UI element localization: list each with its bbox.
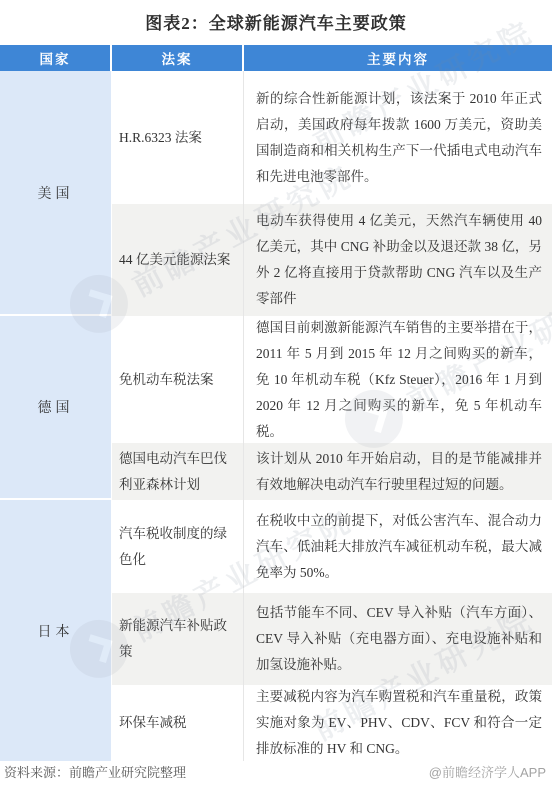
report-figure-page: 图表2：全球新能源汽车主要政策 国家 法案 主要内容 美国H.R.6323 法案… [0, 0, 552, 792]
content-cell: 包括节能车不同、CEV 导入补贴（汽车方面）、CEV 导入补贴（充电器方面）、充… [244, 593, 552, 685]
act-cell: H.R.6323 法案 [112, 71, 244, 204]
page-title: 图表2：全球新能源汽车主要政策 [0, 9, 552, 34]
content-text: 在税收中立的前提下，对低公害汽车、混合动力汽车、低油耗大排放汽车减征机动车税，最… [256, 508, 542, 586]
act-cell: 德国电动汽车巴伐利亚森林计划 [112, 443, 244, 500]
content-text: 电动车获得使用 4 亿美元，天然汽车辆使用 40 亿美元，其中 CNG 补助金以… [256, 208, 542, 312]
table-body: 美国H.R.6323 法案新的综合性新能源计划，该法案于 2010 年正式启动，… [0, 71, 552, 761]
act-cell: 新能源汽车补贴政策 [112, 593, 244, 685]
content-text: 德国目前刺激新能源汽车销售的主要举措在于，2011 年 5 月到 2015 年 … [256, 316, 542, 443]
policy-table: 国家 法案 主要内容 美国H.R.6323 法案新的综合性新能源计划，该法案于 … [0, 45, 552, 761]
act-cell: 免机动车税法案 [112, 316, 244, 443]
act-cell: 环保车减税 [112, 685, 244, 761]
content-text: 主要减税内容为汽车购置税和汽车重量税，政策实施对象为 EV、PHV、CDV、FC… [256, 685, 542, 761]
content-cell: 新的综合性新能源计划，该法案于 2010 年正式启动，美国政府每年拨款 1600… [244, 71, 552, 204]
header-cell-country: 国家 [0, 45, 112, 71]
header-cell-act: 法案 [112, 45, 244, 71]
content-text: 该计划从 2010 年开始启动，目的是节能减排并有效地解决电动汽车行驶里程过短的… [256, 446, 542, 498]
content-cell: 主要减税内容为汽车购置税和汽车重量税，政策实施对象为 EV、PHV、CDV、FC… [244, 685, 552, 761]
credit-note: @前瞻经济学人APP [429, 762, 546, 781]
content-cell: 电动车获得使用 4 亿美元，天然汽车辆使用 40 亿美元，其中 CNG 补助金以… [244, 204, 552, 316]
country-cell: 德国 [0, 316, 112, 500]
act-cell: 44 亿美元能源法案 [112, 204, 244, 316]
source-note: 资料来源：前瞻产业研究院整理 [4, 762, 186, 781]
country-cell: 美国 [0, 71, 112, 316]
content-text: 新的综合性新能源计划，该法案于 2010 年正式启动，美国政府每年拨款 1600… [256, 86, 542, 190]
header-cell-content: 主要内容 [244, 45, 552, 71]
content-text: 包括节能车不同、CEV 导入补贴（汽车方面）、CEV 导入补贴（充电器方面）、充… [256, 600, 542, 678]
table-header-row: 国家 法案 主要内容 [0, 45, 552, 71]
act-cell: 汽车税收制度的绿色化 [112, 500, 244, 593]
content-cell: 该计划从 2010 年开始启动，目的是节能减排并有效地解决电动汽车行驶里程过短的… [244, 443, 552, 500]
figure-footer: 资料来源：前瞻产业研究院整理 @前瞻经济学人APP [4, 762, 546, 781]
country-cell: 日本 [0, 500, 112, 761]
content-cell: 德国目前刺激新能源汽车销售的主要举措在于，2011 年 5 月到 2015 年 … [244, 316, 552, 443]
content-cell: 在税收中立的前提下，对低公害汽车、混合动力汽车、低油耗大排放汽车减征机动车税，最… [244, 500, 552, 593]
